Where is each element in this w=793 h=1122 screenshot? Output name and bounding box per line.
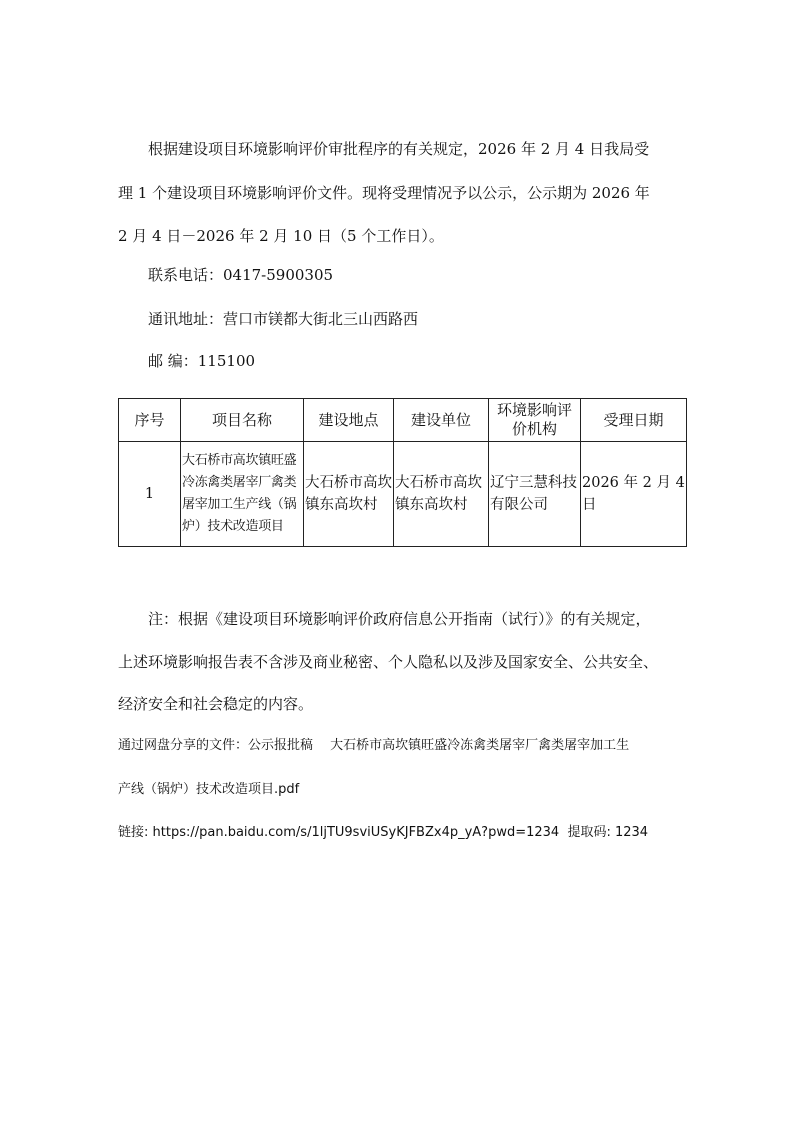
header-unit: 建设单位 bbox=[394, 399, 489, 442]
acceptance-table: 序号 项目名称 建设地点 建设单位 环境影响评价机构 受理日期 1 大石桥市高坎… bbox=[118, 398, 687, 547]
contact-address: 通讯地址：营口市镁都大街北三山西路西 bbox=[148, 309, 418, 329]
header-agency: 环境影响评价机构 bbox=[489, 399, 581, 442]
header-agency-label: 环境影响评价机构 bbox=[489, 401, 580, 439]
header-date: 受理日期 bbox=[581, 399, 687, 442]
intro-line-1: 根据建设项目环境影响评价审批程序的有关规定，2026 年 2 月 4 日我局受 bbox=[148, 139, 649, 159]
cell-index: 1 bbox=[119, 442, 181, 547]
contact-postcode: 邮 编：115100 bbox=[148, 351, 255, 371]
share-line-2: 产线（锅炉）技术改造项目.pdf bbox=[118, 780, 299, 800]
location-text: 大石桥市高坎镇东高坎村 bbox=[304, 472, 393, 516]
header-index: 序号 bbox=[119, 399, 181, 442]
note-line-3: 经济安全和社会稳定的内容。 bbox=[118, 694, 313, 714]
cell-unit: 大石桥市高坎镇东高坎村 bbox=[394, 442, 489, 547]
agency-text: 辽宁三慧科技有限公司 bbox=[489, 472, 580, 516]
cell-project-name: 大石桥市高坎镇旺盛冷冻禽类屠宰厂禽类屠宰加工生产线（锅炉）技术改造项目 bbox=[181, 442, 304, 547]
share-link-line: 链接: https://pan.baidu.com/s/1ljTU9sviUSy… bbox=[118, 823, 648, 843]
cell-agency: 辽宁三慧科技有限公司 bbox=[489, 442, 581, 547]
contact-phone: 联系电话：0417-5900305 bbox=[148, 265, 333, 285]
intro-line-3: 2 月 4 日－2026 年 2 月 10 日（5 个工作日）。 bbox=[118, 226, 444, 246]
note-line-1: 注：根据《建设项目环境影响评价政府信息公开指南（试行）》的有关规定， bbox=[148, 609, 651, 629]
date-text: 2026 年 2 月 4 日 bbox=[581, 472, 686, 516]
cell-location: 大石桥市高坎镇东高坎村 bbox=[304, 442, 394, 547]
note-line-2: 上述环境影响报告表不含涉及商业秘密、个人隐私以及涉及国家安全、公共安全、 bbox=[118, 652, 658, 672]
unit-text: 大石桥市高坎镇东高坎村 bbox=[394, 472, 488, 516]
table-row: 1 大石桥市高坎镇旺盛冷冻禽类屠宰厂禽类屠宰加工生产线（锅炉）技术改造项目 大石… bbox=[119, 442, 687, 547]
project-name-text: 大石桥市高坎镇旺盛冷冻禽类屠宰厂禽类屠宰加工生产线（锅炉）技术改造项目 bbox=[181, 450, 303, 538]
table-header-row: 序号 项目名称 建设地点 建设单位 环境影响评价机构 受理日期 bbox=[119, 399, 687, 442]
header-location: 建设地点 bbox=[304, 399, 394, 442]
cell-date: 2026 年 2 月 4 日 bbox=[581, 442, 687, 547]
code-label: 提取码: bbox=[559, 825, 615, 840]
intro-line-2: 理 1 个建设项目环境影响评价文件。现将受理情况予以公示，公示期为 2026 年 bbox=[118, 183, 650, 203]
header-project-name: 项目名称 bbox=[181, 399, 304, 442]
link-label: 链接: bbox=[118, 825, 153, 840]
share-line-1: 通过网盘分享的文件：公示报批稿 大石桥市高坎镇旺盛冷冻禽类屠宰厂禽类屠宰加工生 bbox=[118, 736, 629, 756]
extraction-code: 1234 bbox=[615, 825, 648, 840]
share-link[interactable]: https://pan.baidu.com/s/1ljTU9sviUSyKJFB… bbox=[153, 825, 560, 840]
